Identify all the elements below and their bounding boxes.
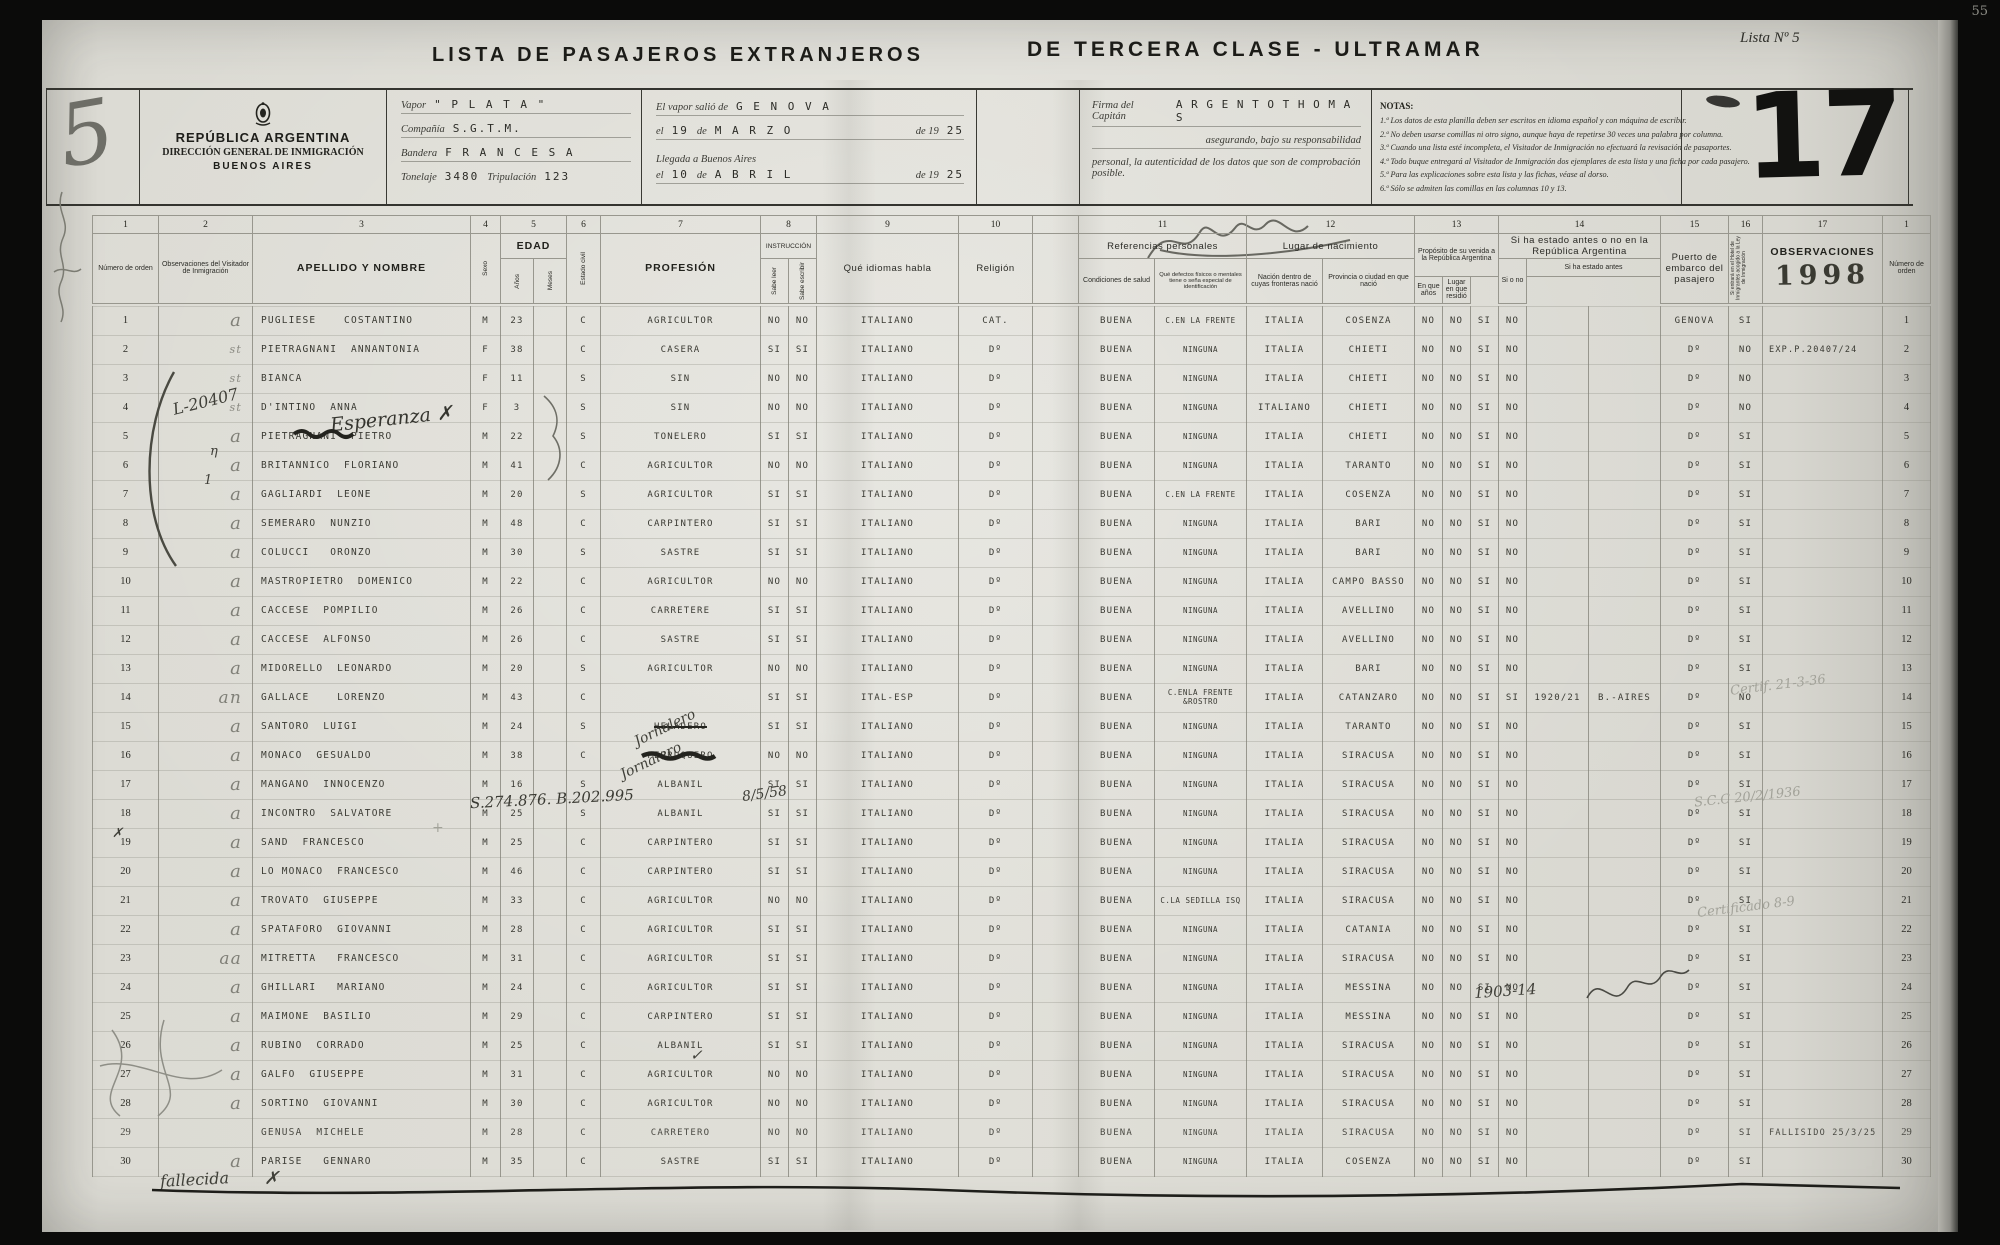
cell-order-number-right: 5 — [1883, 422, 1931, 451]
cell-profession: CARPINTERO — [601, 828, 761, 857]
cell-been-before: NO — [1499, 1002, 1527, 1031]
passenger-table: 1 2 3 4 5 6 7 8 9 10 11 12 13 1 — [92, 215, 1931, 1177]
cell-language: ITALIANO — [817, 770, 959, 799]
de-label: de — [697, 126, 707, 137]
cell-years-before — [1527, 335, 1589, 364]
cell-nation: ITALIA — [1247, 364, 1323, 393]
cell-civil-status: S — [567, 538, 601, 567]
cell-place-resided — [1589, 944, 1661, 973]
cell-religion: Dº — [959, 828, 1033, 857]
colnum: 15 — [1661, 216, 1729, 234]
visitador-hand-mark: a — [230, 919, 242, 940]
cell-age-years: 26 — [501, 596, 534, 625]
cell-religion: Dº — [959, 335, 1033, 364]
de19-label: de 19 — [916, 126, 939, 137]
cell-language: ITALIANO — [817, 480, 959, 509]
cell-been-before: NO — [1499, 915, 1527, 944]
cell-hotel: SI — [1729, 828, 1763, 857]
cell-hotel: NO — [1729, 683, 1763, 712]
cell-order-number-right: 12 — [1883, 625, 1931, 654]
cell-age-months — [534, 335, 567, 364]
cell-writes: NO — [789, 1089, 817, 1118]
cell-embark-port: Dº — [1661, 1060, 1729, 1089]
cell-embark-port: Dº — [1661, 799, 1729, 828]
cell-sex: M — [471, 799, 501, 828]
cell-nation: ITALIA — [1247, 335, 1323, 364]
cell-civil-status: C — [567, 1118, 601, 1147]
compania-label: Compañía — [401, 124, 445, 135]
cell-embark-port: Dº — [1661, 625, 1729, 654]
cell-blank — [1033, 915, 1079, 944]
cell-been-before: NO — [1499, 1147, 1527, 1176]
cell-language: ITALIANO — [817, 1089, 959, 1118]
cell-return: NO — [1443, 1060, 1471, 1089]
cell-blank — [1033, 1031, 1079, 1060]
colnum: 8 — [761, 216, 817, 234]
cell-age-months — [534, 944, 567, 973]
cell-name: TROVATO GIUSEPPE — [253, 886, 471, 915]
cell-defects: NINGUNA — [1155, 654, 1247, 683]
cell-reads: SI — [761, 480, 789, 509]
cell-visitador-mark: st — [159, 393, 253, 422]
cell-years-before — [1527, 567, 1589, 596]
cell-nation: ITALIA — [1247, 422, 1323, 451]
cell-religion: Dº — [959, 1118, 1033, 1147]
cell-years-before — [1527, 509, 1589, 538]
cell-settle: SI — [1471, 538, 1499, 567]
cell-age-years: 38 — [501, 741, 534, 770]
cell-transit: NO — [1415, 1089, 1443, 1118]
cell-blank — [1033, 1060, 1079, 1089]
cell-order-number: 27 — [93, 1060, 159, 1089]
cell-blank — [1033, 1002, 1079, 1031]
cell-return: NO — [1443, 828, 1471, 857]
cell-language: ITALIANO — [817, 799, 959, 828]
cell-visitador-mark: a — [159, 799, 253, 828]
cell-remarks — [1763, 1060, 1883, 1089]
cell-been-before: NO — [1499, 451, 1527, 480]
firma-label: Firma del Capitán — [1092, 100, 1168, 122]
cell-nation: ITALIA — [1247, 596, 1323, 625]
cell-transit: NO — [1415, 770, 1443, 799]
visitador-hand-mark: a — [230, 832, 242, 853]
cell-hotel: SI — [1729, 770, 1763, 799]
cell-age-years: 25 — [501, 799, 534, 828]
cell-reads: SI — [761, 857, 789, 886]
cell-nation: ITALIA — [1247, 712, 1323, 741]
cell-visitador-mark: a — [159, 1031, 253, 1060]
cell-reads: NO — [761, 1060, 789, 1089]
passenger-row: 11 a CACCESE POMPILIO M 26 C CARRETERE S… — [93, 596, 1931, 625]
colnum: 4 — [471, 216, 501, 234]
cell-nation: ITALIA — [1247, 799, 1323, 828]
cell-been-before: NO — [1499, 712, 1527, 741]
cell-sex: M — [471, 770, 501, 799]
cell-years-before — [1527, 451, 1589, 480]
cell-health: BUENA — [1079, 509, 1155, 538]
colnum: 10 — [959, 216, 1033, 234]
cell-age-months — [534, 393, 567, 422]
visitador-hand-mark: a — [230, 803, 242, 824]
cell-return: NO — [1443, 1147, 1471, 1176]
cell-civil-status: C — [567, 1002, 601, 1031]
cell-reads: NO — [761, 306, 789, 335]
cell-age-years: 31 — [501, 1060, 534, 1089]
cell-civil-status: C — [567, 973, 601, 1002]
cell-defects: C.EN LA FRENTE — [1155, 306, 1247, 335]
cell-reads: SI — [761, 625, 789, 654]
cell-writes: NO — [789, 654, 817, 683]
cell-place-resided — [1589, 886, 1661, 915]
cell-profession: CARPINTERO — [601, 509, 761, 538]
cell-age-years: 25 — [501, 828, 534, 857]
cell-profession: CARRETERE — [601, 596, 761, 625]
visitador-hand-mark: a — [230, 1093, 242, 1114]
cell-civil-status: C — [567, 944, 601, 973]
cell-religion: Dº — [959, 1031, 1033, 1060]
header-en-que-anos: En que años — [1415, 277, 1443, 304]
header-si-o-no: Si o no — [1499, 259, 1527, 304]
cell-blank — [1033, 1147, 1079, 1176]
cell-embark-port: Dº — [1661, 1089, 1729, 1118]
header-meses: Meses — [534, 259, 567, 304]
colnum: 5 — [501, 216, 567, 234]
cell-writes: SI — [789, 422, 817, 451]
cell-name: LO MONACO FRANCESCO — [253, 857, 471, 886]
cell-language: ITALIANO — [817, 538, 959, 567]
cell-defects: NINGUNA — [1155, 944, 1247, 973]
cell-sex: M — [471, 567, 501, 596]
cell-blank — [1033, 683, 1079, 712]
agency-name: REPÚBLICA ARGENTINA — [140, 130, 386, 145]
cell-years-before — [1527, 625, 1589, 654]
cell-blank — [1033, 654, 1079, 683]
cell-blank — [1033, 886, 1079, 915]
cell-writes: NO — [789, 1118, 817, 1147]
cell-place-resided — [1589, 1089, 1661, 1118]
header-numero-orden-right: Número de orden — [1883, 234, 1931, 304]
tripulacion-label: Tripulación — [487, 172, 536, 183]
passenger-row: 22 a SPATAFORO GIOVANNI M 28 C AGRICULTO… — [93, 915, 1931, 944]
nota-item: 5.ª Para las explicaciones sobre esta li… — [1380, 168, 1675, 182]
colnum — [1033, 216, 1079, 234]
cell-blank — [1033, 335, 1079, 364]
cell-settle: SI — [1471, 828, 1499, 857]
header-ha-estado-antes: Si ha estado antes — [1527, 259, 1661, 277]
cell-order-number: 12 — [93, 625, 159, 654]
cell-been-before: NO — [1499, 335, 1527, 364]
passenger-row: 14 an GALLACE LORENZO M 43 C SI SI ITAL-… — [93, 683, 1931, 712]
cell-name: BRITANNICO FLORIANO — [253, 451, 471, 480]
cell-name: CACCESE POMPILIO — [253, 596, 471, 625]
cell-age-years: 31 — [501, 944, 534, 973]
cell-blank — [1033, 1089, 1079, 1118]
cell-visitador-mark: a — [159, 480, 253, 509]
cell-name: MAIMONE BASILIO — [253, 1002, 471, 1031]
cell-sex: M — [471, 828, 501, 857]
visitador-hand-mark: a — [230, 774, 242, 795]
scanned-document-page: 55 LISTA DE PASAJEROS EXTRANJEROS DE TER… — [0, 0, 2000, 1245]
cell-been-before: NO — [1499, 770, 1527, 799]
cell-nation: ITALIA — [1247, 1060, 1323, 1089]
cell-health: BUENA — [1079, 1031, 1155, 1060]
cell-years-before — [1527, 596, 1589, 625]
cell-hotel: NO — [1729, 364, 1763, 393]
cell-profession: CARPINTERO — [601, 1002, 761, 1031]
cell-hotel: SI — [1729, 509, 1763, 538]
cell-years-before — [1527, 944, 1589, 973]
cell-place-resided — [1589, 306, 1661, 335]
strikethrough-row-29 — [152, 1184, 1900, 1196]
cell-defects: NINGUNA — [1155, 741, 1247, 770]
cell-embark-port: Dº — [1661, 654, 1729, 683]
cell-order-number: 7 — [93, 480, 159, 509]
form-header-row: 5 REPÚBLICA ARGENTINA DIRECCIÓN GENERAL … — [46, 88, 1913, 206]
cell-visitador-mark: a — [159, 1147, 253, 1176]
cell-blank — [1033, 480, 1079, 509]
cell-writes: SI — [789, 1002, 817, 1031]
cell-writes: SI — [789, 857, 817, 886]
cell-sex: M — [471, 1002, 501, 1031]
cell-order-number-right: 29 — [1883, 1118, 1931, 1147]
cell-embark-port: Dº — [1661, 509, 1729, 538]
cell-age-months — [534, 422, 567, 451]
cell-visitador-mark: a — [159, 712, 253, 741]
cell-civil-status: S — [567, 654, 601, 683]
cell-hotel: SI — [1729, 422, 1763, 451]
cell-transit: NO — [1415, 799, 1443, 828]
cell-order-number: 10 — [93, 567, 159, 596]
cell-been-before: NO — [1499, 944, 1527, 973]
cell-visitador-mark: a — [159, 625, 253, 654]
header-numero-orden: Número de orden — [93, 234, 159, 304]
cell-defects: NINGUNA — [1155, 1031, 1247, 1060]
cell-profession: AGRICULTOR — [601, 480, 761, 509]
cell-hotel: SI — [1729, 596, 1763, 625]
cell-age-years: 30 — [501, 538, 534, 567]
cell-years-before — [1527, 1031, 1589, 1060]
header-group-row: Número de orden Observaciones del Visita… — [93, 234, 1931, 259]
cell-age-years: 30 — [501, 1089, 534, 1118]
cell-hotel: NO — [1729, 393, 1763, 422]
cell-profession: SASTRE — [601, 1147, 761, 1176]
cell-blank — [1033, 596, 1079, 625]
cell-transit: NO — [1415, 944, 1443, 973]
cell-transit: NO — [1415, 857, 1443, 886]
cell-language: ITALIANO — [817, 886, 959, 915]
cell-order-number-right: 23 — [1883, 944, 1931, 973]
cell-civil-status: C — [567, 451, 601, 480]
cell-province: SIRACUSA — [1323, 944, 1415, 973]
cell-age-years: 11 — [501, 364, 534, 393]
cell-been-before: NO — [1499, 973, 1527, 1002]
passenger-table-wrap: 1 2 3 4 5 6 7 8 9 10 11 12 13 1 — [92, 215, 1931, 1177]
cell-sex: M — [471, 973, 501, 1002]
cell-age-months — [534, 654, 567, 683]
visitador-hand-mark: a — [230, 1064, 242, 1085]
cell-order-number-right: 15 — [1883, 712, 1931, 741]
cell-reads: SI — [761, 422, 789, 451]
cell-language: ITALIANO — [817, 828, 959, 857]
cell-remarks — [1763, 1147, 1883, 1176]
cell-civil-status: C — [567, 886, 601, 915]
cell-defects: C.EN LA FRENTE — [1155, 480, 1247, 509]
cell-return: NO — [1443, 915, 1471, 944]
cell-nation: ITALIA — [1247, 1147, 1323, 1176]
cell-profession: AGRICULTOR — [601, 306, 761, 335]
cell-health: BUENA — [1079, 422, 1155, 451]
cell-remarks: EXP.P.20407/24 — [1763, 335, 1883, 364]
cell-nation: ITALIA — [1247, 567, 1323, 596]
cell-embark-port: Dº — [1661, 422, 1729, 451]
cell-years-before — [1527, 654, 1589, 683]
de-label: de — [697, 170, 707, 181]
notas-title: NOTAS: — [1380, 101, 1413, 111]
cell-nation: ITALIA — [1247, 451, 1323, 480]
cell-religion: Dº — [959, 596, 1033, 625]
cell-order-number-right: 28 — [1883, 1089, 1931, 1118]
cell-reads: NO — [761, 1118, 789, 1147]
cell-been-before: NO — [1499, 857, 1527, 886]
cell-language: ITALIANO — [817, 857, 959, 886]
cell-profession: AGRICULTOR — [601, 1060, 761, 1089]
cell-visitador-mark: a — [159, 509, 253, 538]
cell-return: NO — [1443, 654, 1471, 683]
cell-return: NO — [1443, 1002, 1471, 1031]
passenger-row: 23 aa MITRETTA FRANCESCO M 31 C AGRICULT… — [93, 944, 1931, 973]
header-provincia: Provincia o ciudad en que nació — [1323, 259, 1415, 304]
cell-embark-port: Dº — [1661, 393, 1729, 422]
cell-settle: SI — [1471, 596, 1499, 625]
cell-years-before — [1527, 1002, 1589, 1031]
cell-years-before — [1527, 770, 1589, 799]
cell-visitador-mark: a — [159, 741, 253, 770]
cell-embark-port: Dº — [1661, 1031, 1729, 1060]
cell-been-before: NO — [1499, 480, 1527, 509]
cell-sex: M — [471, 451, 501, 480]
cell-profession: AGRICULTOR — [601, 944, 761, 973]
cell-order-number-right: 30 — [1883, 1147, 1931, 1176]
observaciones-label: OBSERVACIONES — [1765, 246, 1880, 258]
nota-item: 4.ª Todo buque entregará al Visitador de… — [1380, 155, 1675, 169]
cell-nation: ITALIA — [1247, 741, 1323, 770]
header-estado-civil: Estado civil — [567, 234, 601, 304]
cell-province: SIRACUSA — [1323, 1118, 1415, 1147]
cell-defects: NINGUNA — [1155, 915, 1247, 944]
passenger-row: 7 a GAGLIARDI LEONE M 20 S AGRICULTOR SI… — [93, 480, 1931, 509]
header-observaciones: OBSERVACIONES 1998 — [1763, 234, 1883, 304]
cell-religion: Dº — [959, 741, 1033, 770]
cell-transit: NO — [1415, 335, 1443, 364]
cell-province: MESSINA — [1323, 973, 1415, 1002]
cell-hotel: SI — [1729, 915, 1763, 944]
cell-health: BUENA — [1079, 306, 1155, 335]
cell-name: GALFO GIUSEPPE — [253, 1060, 471, 1089]
cell-remarks — [1763, 625, 1883, 654]
cell-hotel: NO — [1729, 335, 1763, 364]
cell-profession: CARRETERO — [601, 1118, 761, 1147]
cell-name: PUGLIESE COSTANTINO — [253, 306, 471, 335]
cell-order-number: 16 — [93, 741, 159, 770]
cell-defects: NINGUNA — [1155, 1089, 1247, 1118]
visitador-hand-mark: a — [230, 455, 242, 476]
cell-remarks — [1763, 422, 1883, 451]
cell-province: SIRACUSA — [1323, 1031, 1415, 1060]
cell-order-number-right: 11 — [1883, 596, 1931, 625]
cell-visitador-mark: a — [159, 538, 253, 567]
cell-reads: SI — [761, 1031, 789, 1060]
cell-remarks — [1763, 654, 1883, 683]
cell-writes: NO — [789, 306, 817, 335]
cell-transit: NO — [1415, 712, 1443, 741]
cell-age-years: 41 — [501, 451, 534, 480]
passenger-row: 6 a BRITANNICO FLORIANO M 41 C AGRICULTO… — [93, 451, 1931, 480]
cell-age-years: 46 — [501, 857, 534, 886]
cell-order-number-right: 14 — [1883, 683, 1931, 712]
cell-blank — [1033, 828, 1079, 857]
cell-profession: HELADERO — [601, 712, 761, 741]
cell-embark-port: Dº — [1661, 770, 1729, 799]
passenger-row: 19 a SAND FRANCESCO M 25 C CARPINTERO SI… — [93, 828, 1931, 857]
cell-religion: Dº — [959, 857, 1033, 886]
header-estado-antes: Si ha estado antes o no en la República … — [1499, 234, 1661, 259]
cell-remarks — [1763, 799, 1883, 828]
visitador-hand-mark: st — [230, 401, 242, 414]
cell-visitador-mark: aa — [159, 944, 253, 973]
header-defectos: Qué defectos físicos o mentales tiene o … — [1155, 259, 1247, 304]
cell-place-resided — [1589, 770, 1661, 799]
cell-visitador-mark: an — [159, 683, 253, 712]
cell-religion: Dº — [959, 799, 1033, 828]
cell-age-months — [534, 1002, 567, 1031]
cell-transit: NO — [1415, 1031, 1443, 1060]
cell-been-before: NO — [1499, 1031, 1527, 1060]
passenger-row: 27 a GALFO GIUSEPPE M 31 C AGRICULTOR NO… — [93, 1060, 1931, 1089]
cell-order-number-right: 8 — [1883, 509, 1931, 538]
cell-age-months — [534, 480, 567, 509]
cell-age-months — [534, 828, 567, 857]
cell-return: NO — [1443, 799, 1471, 828]
cell-nation: ITALIA — [1247, 1118, 1323, 1147]
cell-defects: NINGUNA — [1155, 1118, 1247, 1147]
cell-years-before — [1527, 1118, 1589, 1147]
visitador-hand-mark: st — [230, 372, 242, 385]
cell-age-months — [534, 509, 567, 538]
cell-remarks — [1763, 306, 1883, 335]
cell-remarks — [1763, 712, 1883, 741]
visitador-hand-mark: a — [230, 658, 242, 679]
cell-embark-port: Dº — [1661, 886, 1729, 915]
cell-remarks — [1763, 944, 1883, 973]
cell-province: CATANIA — [1323, 915, 1415, 944]
cell-writes: SI — [789, 683, 817, 712]
cell-writes: NO — [789, 567, 817, 596]
cell-order-number-right: 16 — [1883, 741, 1931, 770]
bandera-value: F R A N C E S A — [445, 146, 574, 159]
cell-province: AVELLINO — [1323, 596, 1415, 625]
cell-years-before — [1527, 712, 1589, 741]
cell-writes: SI — [789, 1031, 817, 1060]
cell-blank — [1033, 944, 1079, 973]
cell-remarks — [1763, 857, 1883, 886]
cell-age-months — [534, 1089, 567, 1118]
cell-nation: ITALIA — [1247, 625, 1323, 654]
cell-health: BUENA — [1079, 1060, 1155, 1089]
cell-health: BUENA — [1079, 364, 1155, 393]
cell-name: GHILLARI MARIANO — [253, 973, 471, 1002]
cell-sex: M — [471, 857, 501, 886]
cell-remarks — [1763, 364, 1883, 393]
